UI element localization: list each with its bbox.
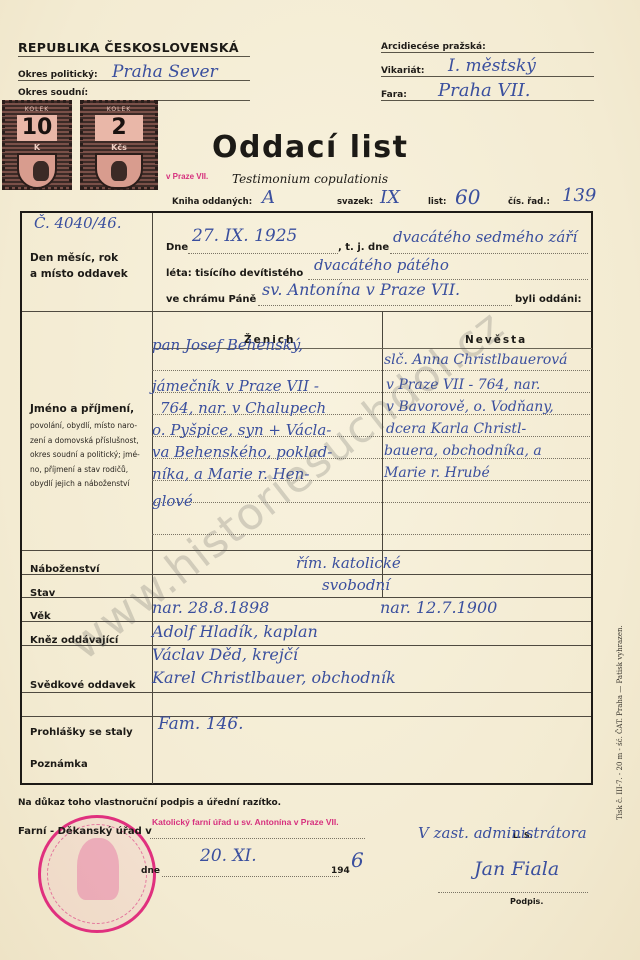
svedkove-value-1: Václav Děd, krejčí xyxy=(152,645,298,664)
reference-number: Č. 4040/46. xyxy=(34,214,122,232)
signature-line xyxy=(438,892,588,893)
vikariat-label: Vikariát: xyxy=(381,66,424,76)
stav-label: Stav xyxy=(30,588,55,599)
vikariat-value: I. městský xyxy=(448,56,536,76)
year-suffix: 6 xyxy=(351,848,364,872)
date-place-label-1: Den měsíc, rok xyxy=(30,252,118,264)
kniha-value: A xyxy=(262,187,275,208)
dotted-line xyxy=(150,838,365,839)
office-stamp: Katolický farní úřad u sv. Antonína v Pr… xyxy=(152,817,339,827)
oddani-label: byli oddáni: xyxy=(515,294,582,305)
cis-rad-label: čís. řad.: xyxy=(508,197,550,207)
divider xyxy=(381,76,594,77)
tj-value: dvacátého sedmého září xyxy=(393,228,577,246)
date-place-label-2: a místo oddavek xyxy=(30,268,128,280)
groom-line: o. Pyšpice, syn + Václa- xyxy=(152,421,331,439)
dotted-line xyxy=(162,876,339,877)
lion-shield-icon xyxy=(17,153,57,189)
kniha-label: Kniha oddaných: xyxy=(172,197,252,207)
year-prefix: 194 xyxy=(331,866,350,876)
office-label: Farní - Děkanský úřad v xyxy=(18,826,152,837)
row-divider xyxy=(22,550,591,551)
nabozenstvi-label: Náboženství xyxy=(30,564,100,575)
names-label-desc: povolání, obydlí, místo naro- zení a dom… xyxy=(30,419,140,492)
lion-shield-icon xyxy=(95,153,143,189)
bride-line: bauera, obchodníka, a xyxy=(384,443,542,459)
svedkove-value-2: Karel Christlbauer, obchodník xyxy=(152,668,396,687)
stamp-overprint: v Praze VII. xyxy=(166,172,208,181)
knez-value: Adolf Hladík, kaplan xyxy=(152,622,318,641)
dotted-line xyxy=(188,253,338,254)
okres-soudni-label: Okres soudní: xyxy=(18,88,88,98)
stamp-value: 10 xyxy=(17,115,57,141)
chram-label: ve chrámu Páně xyxy=(166,294,256,305)
revenue-stamp-10: KOLEK 10 K xyxy=(2,100,72,190)
tj-label: , t. j. dne xyxy=(338,242,389,253)
list-value: 60 xyxy=(455,185,480,209)
svedkove-label: Svědkové oddavek xyxy=(30,680,136,691)
prohlasky-value: Fam. 146. xyxy=(158,714,244,734)
stamp-header: KOLEK xyxy=(83,106,155,113)
signature-line-2: Jan Fiala xyxy=(474,858,559,880)
document-page: REPUBLIKA ČESKOSLOVENSKÁ Okres politický… xyxy=(0,0,640,960)
desc-line: obydlí jejich a náboženství xyxy=(30,477,140,492)
issue-date-value: 20. XI. xyxy=(200,846,257,866)
row-divider xyxy=(22,692,591,693)
revenue-stamp-2: KOLEK 2 Kčs xyxy=(80,100,158,190)
stamp-currency: Kčs xyxy=(83,143,155,152)
row-divider xyxy=(22,311,591,312)
desc-line: povolání, obydlí, místo naro- xyxy=(30,419,140,434)
dne-label: Dne xyxy=(166,242,188,253)
cis-rad-value: 139 xyxy=(562,185,596,206)
fara-label: Fara: xyxy=(381,90,407,100)
dne-value: 27. IX. 1925 xyxy=(192,226,297,246)
groom-line: 764, nar. v Chalupech xyxy=(160,399,326,417)
vek-label: Věk xyxy=(30,611,51,622)
divider xyxy=(381,100,594,101)
row-divider xyxy=(22,716,591,717)
dotted-line xyxy=(390,253,588,254)
desc-line: zení a domovská příslušnost, xyxy=(30,434,140,449)
svazek-value: IX xyxy=(380,187,400,208)
stamp-value: 2 xyxy=(95,115,143,141)
groom-line: pan Josef Behenský, xyxy=(152,336,303,354)
stav-value: svobodní xyxy=(322,576,390,594)
leta-value: dvacátého pátého xyxy=(314,256,449,274)
chram-value: sv. Antonína v Praze VII. xyxy=(262,280,460,299)
okres-politicky-label: Okres politický: xyxy=(18,70,98,80)
divider xyxy=(18,80,250,81)
page-subtitle: Testimonium copulationis xyxy=(232,172,388,186)
signature-line-1: V zast. administrátora xyxy=(418,824,587,842)
list-label: list: xyxy=(428,197,446,207)
print-note: Tisk č. III-7. - 20 m - ść. ČAT. Praha —… xyxy=(616,625,624,820)
bride-line: Marie r. Hrubé xyxy=(384,465,490,481)
groom-line: glové xyxy=(152,492,193,510)
divider xyxy=(381,52,594,53)
desc-line: no, příjmení a stav rodičů, xyxy=(30,463,140,478)
saint-figure-icon xyxy=(77,838,119,900)
poznamka-label: Poznámka xyxy=(30,759,88,770)
vek-bride-value: nar. 12.7.1900 xyxy=(380,598,497,617)
stamp-currency: K xyxy=(5,143,69,152)
attest-text: Na důkaz toho vlastnoruční podpis a úřed… xyxy=(18,798,281,808)
nabozenstvi-value: řím. katolické xyxy=(296,554,401,572)
arcidiecese-label: Arcidiecése pražská: xyxy=(381,42,486,52)
dotted-line xyxy=(152,502,590,503)
leta-label: léta: tisícího devítistého xyxy=(166,268,303,279)
okres-politicky-value: Praha Sever xyxy=(112,62,218,82)
desc-line: okres soudní a politický; jmé- xyxy=(30,448,140,463)
dotted-line xyxy=(152,370,590,371)
divider xyxy=(18,56,250,57)
prohlasky-label: Prohlášky se staly xyxy=(30,727,133,738)
fara-value: Praha VII. xyxy=(438,80,530,101)
row-divider xyxy=(22,574,591,575)
page-title: Oddací list xyxy=(212,130,408,165)
groom-line: jámečník v Praze VII - xyxy=(152,377,319,395)
stamp-header: KOLEK xyxy=(5,106,69,113)
republic-heading: REPUBLIKA ČESKOSLOVENSKÁ xyxy=(18,40,239,55)
dne-label-footer: dne xyxy=(141,866,160,876)
podpis-label: Podpis. xyxy=(510,897,543,906)
svazek-label: svazek: xyxy=(337,197,373,207)
names-label-title: Jméno a příjmení, xyxy=(30,403,134,415)
